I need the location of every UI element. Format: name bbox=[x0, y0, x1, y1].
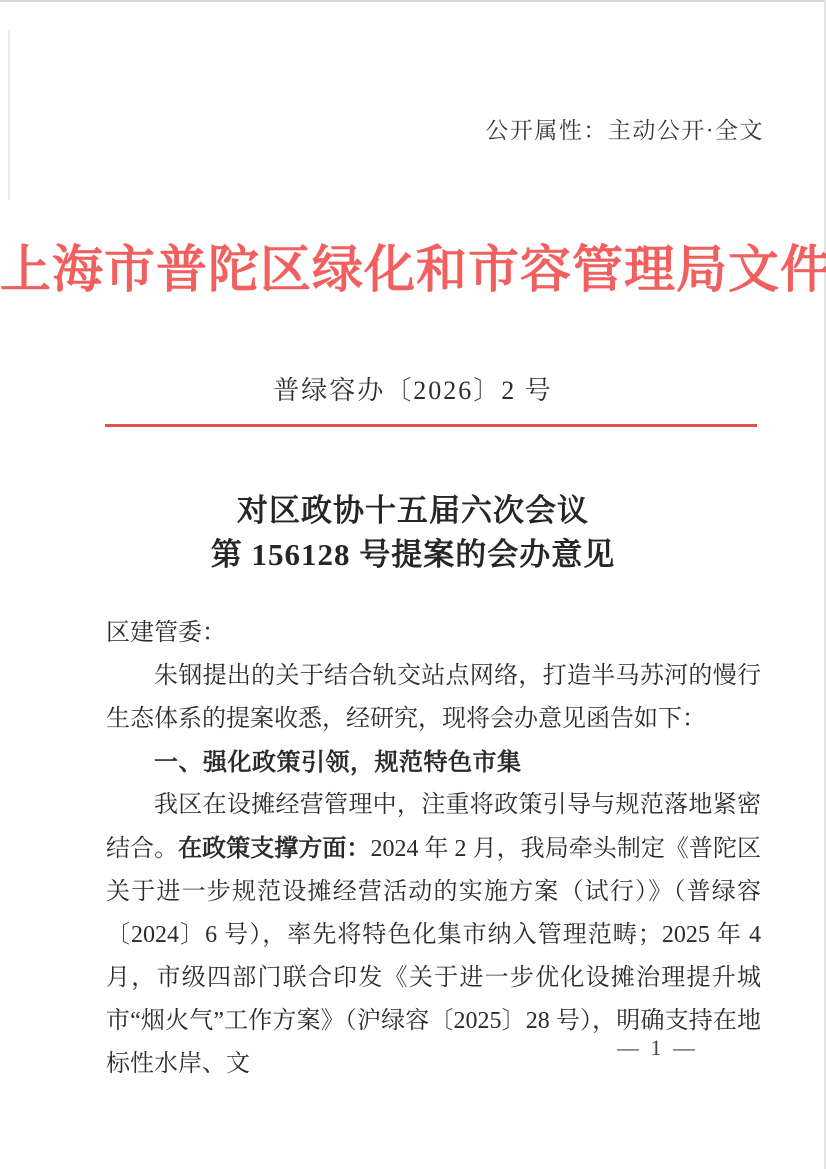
doc-number: 普绿容办〔2026〕2 号 bbox=[0, 370, 826, 407]
masthead-title: 上海市普陀区绿化和市容管理局文件 bbox=[0, 228, 826, 302]
scan-edge-left bbox=[8, 30, 10, 200]
publicity-label: 公开属性：主动公开·全文 bbox=[485, 112, 764, 145]
section-heading-1: 一、强化政策引领，规范特色市集 bbox=[106, 741, 761, 784]
salutation: 区建管委： bbox=[106, 612, 761, 655]
paragraph-intro: 朱钢提出的关于结合轨交站点网络，打造半马苏河的慢行生态体系的提案收悉，经研究，现… bbox=[106, 655, 761, 741]
page-number: — 1 — bbox=[617, 1035, 698, 1061]
document-title-line1: 对区政协十五届六次会议 bbox=[0, 489, 826, 533]
document-body: 区建管委： 朱钢提出的关于结合轨交站点网络，打造半马苏河的慢行生态体系的提案收悉… bbox=[106, 612, 761, 1086]
paragraph-policy-emphasis: 在政策支撑方面： bbox=[178, 835, 370, 862]
document-title-line2: 第 156128 号提案的会办意见 bbox=[0, 533, 826, 577]
document-page: 公开属性：主动公开·全文 上海市普陀区绿化和市容管理局文件 普绿容办〔2026〕… bbox=[0, 0, 826, 1169]
scan-edge-top bbox=[0, 0, 826, 2]
document-title: 对区政协十五届六次会议 第 156128 号提案的会办意见 bbox=[0, 489, 826, 577]
red-divider-line bbox=[105, 424, 757, 427]
